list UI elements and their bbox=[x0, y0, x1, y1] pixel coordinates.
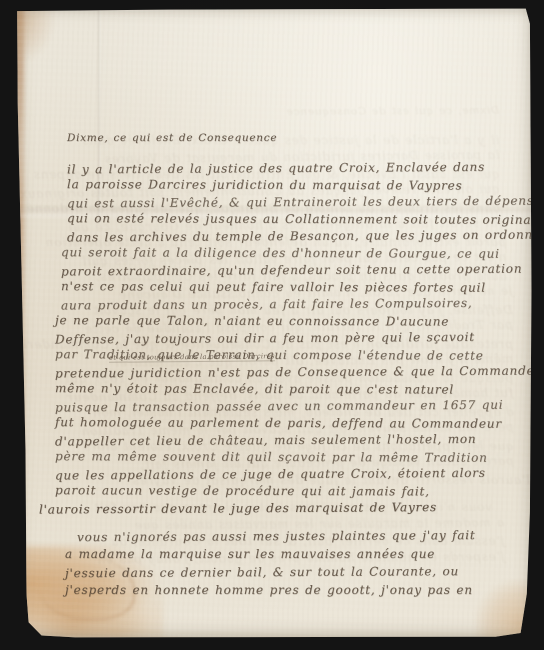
manuscript-line: j'essuie dans ce dernier bail, & sur tou… bbox=[65, 562, 535, 582]
manuscript-heading: Dixme, ce qui est de Consequence bbox=[67, 132, 535, 149]
manuscript-heading: Dixme, ce qui est de Consequence bbox=[31, 102, 499, 122]
manuscript-paragraph-2: vous n'ignorés pas aussi mes justes plai… bbox=[53, 527, 535, 599]
manuscript-line: j'esperds en honnete homme pres de gooot… bbox=[65, 581, 535, 599]
manuscript-line: a madame la marquise sur les mauvaises a… bbox=[65, 545, 535, 563]
manuscript-line: dans les archives du temple de Besançon,… bbox=[67, 227, 535, 247]
manuscript-paragraph-1: il y a l'article de la justice des quatr… bbox=[53, 160, 535, 517]
stain-left-edge bbox=[13, 8, 24, 638]
interline-annotation: et qui est toujours dans la paroisse Dar… bbox=[109, 352, 275, 362]
manuscript-line: vous n'ignorés pas aussi mes justes plai… bbox=[77, 526, 535, 546]
manuscript-line: l'aurois ressortir devant le juge des ma… bbox=[39, 498, 535, 518]
paper-sheet: Dixme, ce qui est de Consequence il y a … bbox=[13, 8, 532, 638]
stain-top-left-corner bbox=[13, 8, 59, 68]
photo-backdrop: Dixme, ce qui est de Consequence il y a … bbox=[0, 0, 544, 650]
manuscript-text: Dixme, ce qui est de Consequence il y a … bbox=[53, 132, 535, 599]
